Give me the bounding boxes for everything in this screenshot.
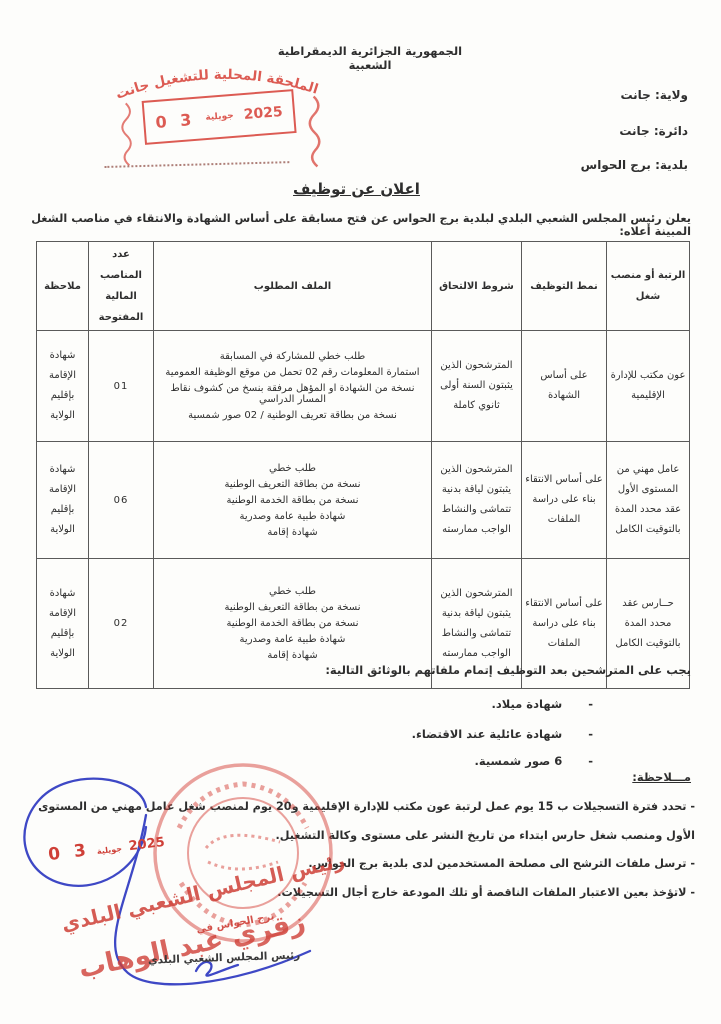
list-item-label: شهادة عائلية عند الاقتضاء. xyxy=(412,727,563,741)
col-note: ملاحظة xyxy=(37,242,89,331)
intro-paragraph: يعلن رئيس المجلس الشعبي البلدي لبلدية بر… xyxy=(22,212,691,238)
employment-annex-stamp: الملحقة المحلية للتشغيل جانت 0 3 جويلية … xyxy=(104,52,332,173)
rank-cell: عون مكتب للإدارة الإقليمية xyxy=(607,331,690,442)
stamp-date-year: 2025 xyxy=(243,104,283,123)
count-cell: 06 xyxy=(89,442,154,559)
file-line: طلب خطي xyxy=(157,586,428,597)
mode-cell: على أساس الانتقاء بناء على دراسة الملفات xyxy=(522,442,607,559)
file-line: نسخة من بطاقة الخدمة الوطنية xyxy=(157,495,428,506)
file-line: شهادة طبية عامة وصدرية xyxy=(157,511,428,522)
post-docs-heading: يجب على المترشحين بعد التوظيف إتمام ملفا… xyxy=(325,663,691,677)
file-line: نسخة من الشهادة او المؤهل مرفقة بنسخ من … xyxy=(157,383,428,405)
conditions-cell: المترشحون الذين يثبتون السنة أولى ثانوي … xyxy=(432,331,522,442)
baladiya-line: بلدية: برج الحواس xyxy=(581,158,688,172)
list-item: -6 صور شمسية. xyxy=(474,754,593,768)
remarks-heading: مـــلاحظة: xyxy=(632,770,691,784)
stamp-right-ornament-icon xyxy=(301,92,329,171)
file-line: استمارة المعلومات رقم 02 تحمل من موقع ال… xyxy=(157,367,428,378)
stamp-date-month: جويلية xyxy=(205,111,234,123)
file-line: شهادة إقامة xyxy=(157,650,428,661)
file-line: طلب خطي xyxy=(157,463,428,474)
count-cell: 02 xyxy=(89,559,154,689)
sig-date-month: جويلية xyxy=(96,844,122,856)
file-line: نسخة من بطاقة التعريف الوطنية xyxy=(157,602,428,613)
stamp-date-day: 0 3 xyxy=(155,109,196,131)
note-cell: شهادة الإقامة بإقليم الولاية xyxy=(37,331,89,442)
table-row: عامل مهني من المستوى الأول عقد محدد المد… xyxy=(37,442,690,559)
count-cell: 01 xyxy=(89,331,154,442)
col-file: الملف المطلوب xyxy=(154,242,432,331)
wilaya-line: ولاية: جانت xyxy=(620,88,688,102)
file-line: شهادة إقامة xyxy=(157,527,428,538)
file-cell: طلب خطي للمشاركة في المسابقة استمارة الم… xyxy=(154,331,432,442)
conditions-cell: المترشحون الذين يثبتون لياقة بدنية تتماش… xyxy=(432,442,522,559)
col-count: عدد المناصب المالية المفتوحة xyxy=(89,242,154,331)
list-item: -شهادة ميلاد. xyxy=(491,697,593,711)
rank-cell: عامل مهني من المستوى الأول عقد محدد المد… xyxy=(607,442,690,559)
col-conditions: شروط الالتحاق xyxy=(432,242,522,331)
list-item-label: 6 صور شمسية. xyxy=(474,754,562,768)
list-item-label: شهادة ميلاد. xyxy=(491,697,562,711)
file-line: نسخة من بطاقة الخدمة الوطنية xyxy=(157,618,428,629)
document-page: الجمهورية الجزائرية الديمقراطية الشعبية … xyxy=(0,0,721,1024)
dash-marker: - xyxy=(588,754,593,768)
jobs-table: الرتبة أو منصب شغل نمط التوظيف شروط الال… xyxy=(36,241,690,689)
stamp-left-ornament-icon xyxy=(113,99,141,170)
page-title: اعلان عن توظيف xyxy=(0,180,713,198)
sig-date-year: 2025 xyxy=(128,835,166,854)
list-item: -شهادة عائلية عند الاقتضاء. xyxy=(412,727,593,741)
table-row: عون مكتب للإدارة الإقليمية على أساس الشه… xyxy=(37,331,690,442)
file-line: نسخة من بطاقة تعريف الوطنية / 02 صور شمس… xyxy=(157,410,428,421)
file-cell: طلب خطي نسخة من بطاقة التعريف الوطنية نس… xyxy=(154,442,432,559)
file-line: طلب خطي للمشاركة في المسابقة xyxy=(157,351,428,362)
table-header-row: الرتبة أو منصب شغل نمط التوظيف شروط الال… xyxy=(37,242,690,331)
dash-marker: - xyxy=(588,697,593,711)
file-line: نسخة من بطاقة التعريف الوطنية xyxy=(157,479,428,490)
note-cell: شهادة الإقامة بإقليم الولاية xyxy=(37,442,89,559)
daira-line: دائرة: جانت xyxy=(619,124,688,138)
col-rank: الرتبة أو منصب شغل xyxy=(607,242,690,331)
file-line: شهادة طبية عامة وصدرية xyxy=(157,634,428,645)
col-mode: نمط التوظيف xyxy=(522,242,607,331)
note-cell: شهادة الإقامة بإقليم الولاية xyxy=(37,559,89,689)
dash-marker: - xyxy=(588,727,593,741)
mode-cell: على أساس الشهادة xyxy=(522,331,607,442)
